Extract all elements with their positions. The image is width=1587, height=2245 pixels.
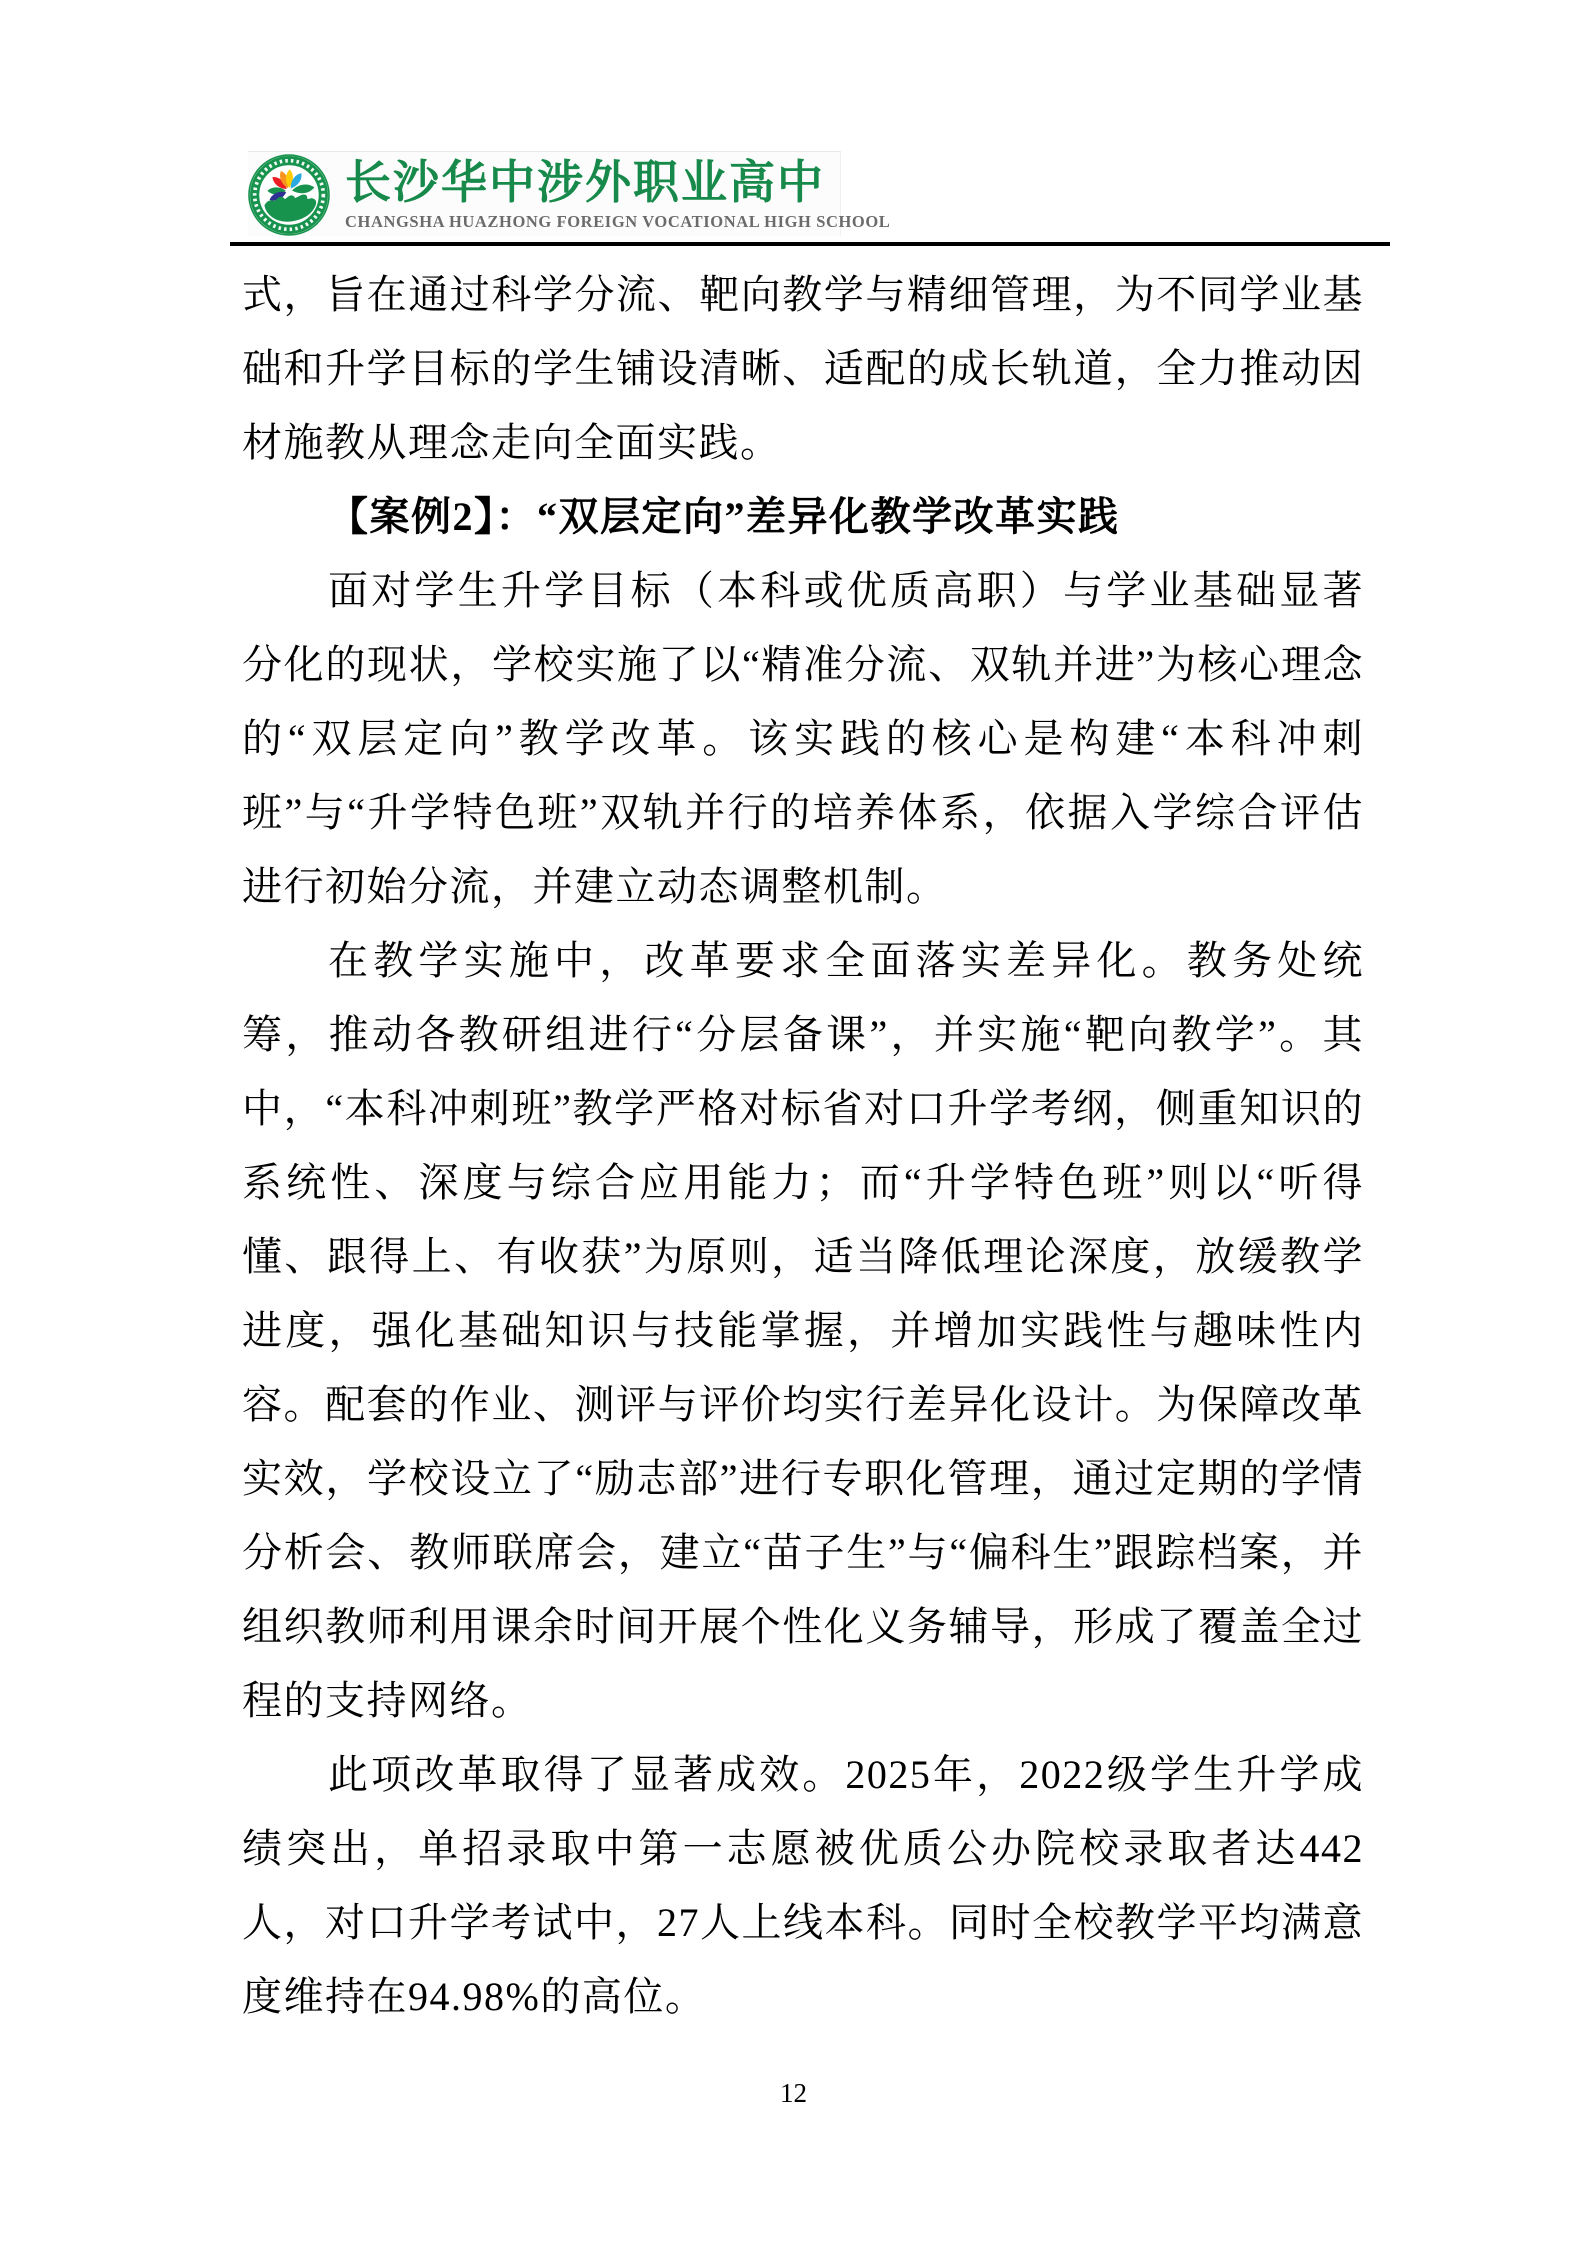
school-name-chinese: 长沙华中涉外职业高中 bbox=[345, 157, 890, 209]
paragraph-continuation: 式，旨在通过科学分流、靶向教学与精细管理，为不同学业基础和升学目标的学生铺设清晰… bbox=[242, 258, 1364, 480]
paragraph: 在教学实施中，改革要求全面落实差异化。教务处统筹，推动各教研组进行“分层备课”，… bbox=[242, 924, 1364, 1738]
case-heading: 【案例2】：“双层定向”差异化教学改革实践 bbox=[242, 480, 1364, 554]
school-name-block: 长沙华中涉外职业高中 CHANGSHA HUAZHONG FOREIGN VOC… bbox=[345, 157, 890, 232]
document-page: 长沙华中涉外职业高中 CHANGSHA HUAZHONG FOREIGN VOC… bbox=[0, 0, 1587, 2245]
school-name-english: CHANGSHA HUAZHONG FOREIGN VOCATIONAL HIG… bbox=[345, 212, 890, 232]
document-body: 式，旨在通过科学分流、靶向教学与精细管理，为不同学业基础和升学目标的学生铺设清晰… bbox=[242, 258, 1364, 2034]
header-divider bbox=[230, 242, 1390, 246]
school-seal-icon bbox=[248, 154, 330, 236]
school-header: 长沙华中涉外职业高中 CHANGSHA HUAZHONG FOREIGN VOC… bbox=[248, 151, 841, 236]
paragraph: 面对学生升学目标（本科或优质高职）与学业基础显著分化的现状，学校实施了以“精准分… bbox=[242, 554, 1364, 924]
page-number: 12 bbox=[0, 2078, 1587, 2109]
school-logo bbox=[248, 154, 330, 236]
paragraph: 此项改革取得了显著成效。2025年，2022级学生升学成绩突出，单招录取中第一志… bbox=[242, 1738, 1364, 2034]
